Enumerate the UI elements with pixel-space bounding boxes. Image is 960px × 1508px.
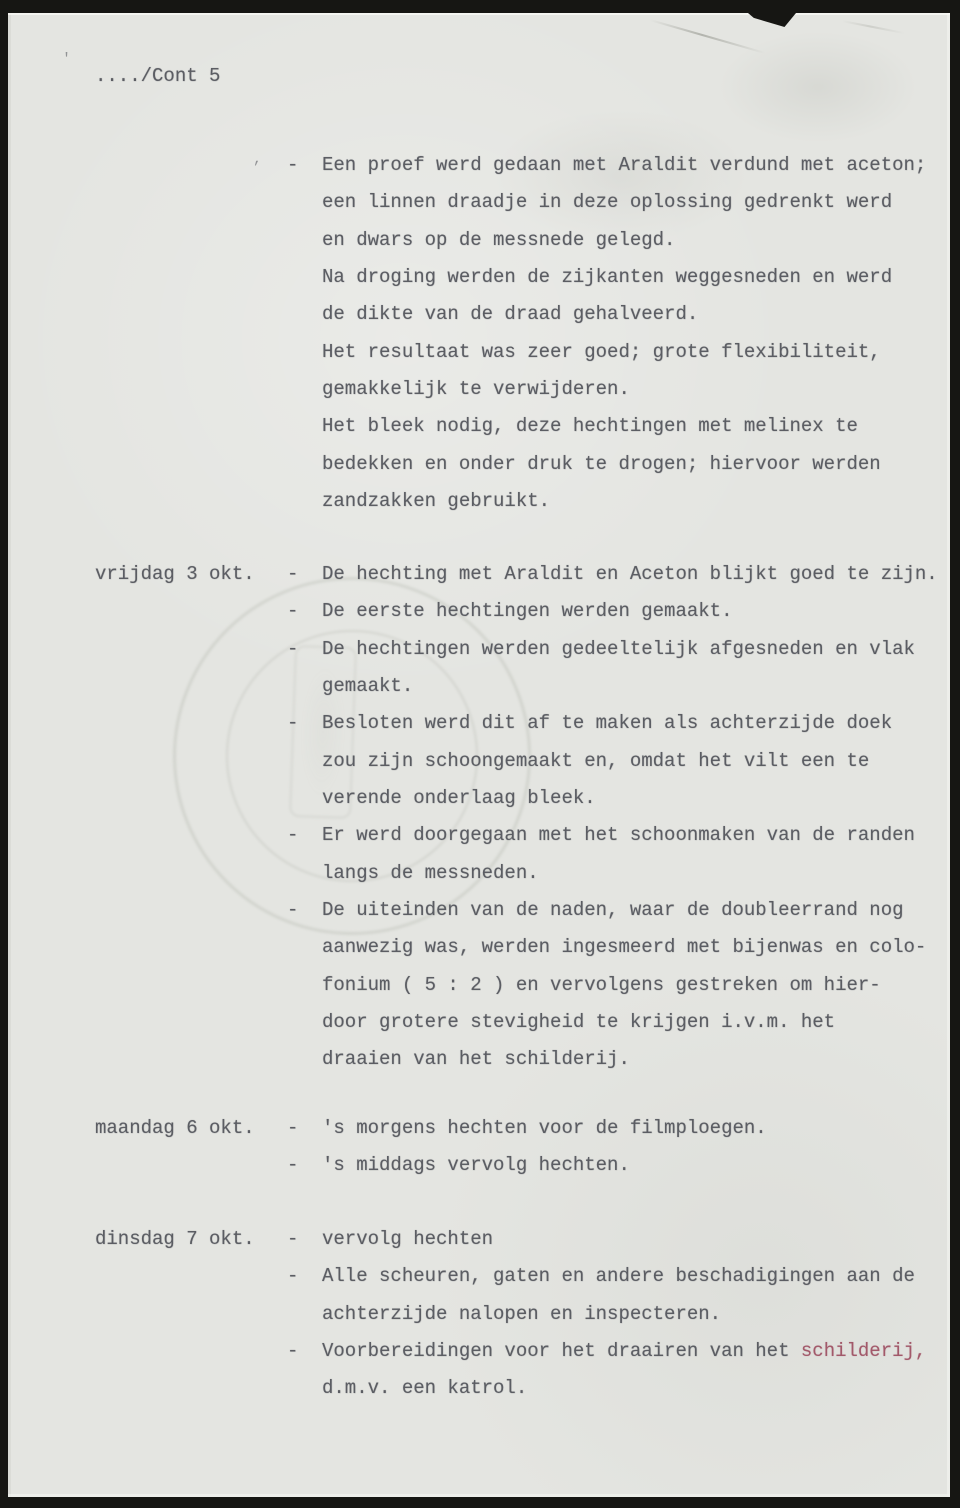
bullet-dash: - bbox=[287, 631, 322, 706]
ink-text: De uiteinden van de naden, waar de doubl… bbox=[322, 899, 904, 921]
text-line: door grotere stevigheid te krijgen i.v.m… bbox=[322, 1004, 940, 1041]
text-line: Alle scheuren, gaten en andere beschadig… bbox=[322, 1258, 940, 1295]
red-ink-text: schilderij, bbox=[801, 1340, 926, 1362]
bullet-dash: - bbox=[287, 1258, 322, 1333]
ink-text: en dwars op de messnede gelegd. bbox=[322, 229, 675, 251]
log-item: -Voorbereidingen voor het draairen van h… bbox=[287, 1333, 940, 1408]
entry-items: -Een proef werd gedaan met Araldit verdu… bbox=[287, 147, 940, 520]
item-lines: De eerste hechtingen werden gemaakt. bbox=[322, 593, 940, 630]
ink-text: langs de messneden. bbox=[322, 862, 539, 884]
log-item: -Een proef werd gedaan met Araldit verdu… bbox=[287, 147, 940, 259]
ink-text: vervolg hechten bbox=[322, 1228, 493, 1250]
text-line: draaien van het schilderij. bbox=[322, 1041, 940, 1078]
ink-text: gemaakt. bbox=[322, 675, 413, 697]
log-item: Na droging werden de zijkanten weggesned… bbox=[287, 259, 940, 334]
ink-text: Alle scheuren, gaten en andere beschadig… bbox=[322, 1265, 915, 1287]
entry-date bbox=[95, 147, 287, 520]
text-line: Besloten werd dit af te maken als achter… bbox=[322, 705, 940, 742]
ink-text: De hechting met Araldit en Aceton blijkt… bbox=[322, 563, 938, 585]
ink-text: Een proef werd gedaan met Araldit verdun… bbox=[322, 154, 926, 176]
text-line: 's middags vervolg hechten. bbox=[322, 1147, 940, 1184]
text-line: langs de messneden. bbox=[322, 855, 940, 892]
text-line: Het bleek nodig, deze hechtingen met mel… bbox=[322, 408, 940, 445]
bullet-dash: - bbox=[287, 1333, 322, 1408]
entry-items: -'s morgens hechten voor de filmploegen.… bbox=[287, 1110, 940, 1185]
ink-text: d.m.v. een katrol. bbox=[322, 1377, 527, 1399]
entry-items: -De hechting met Araldit en Aceton blijk… bbox=[287, 556, 940, 1079]
log-item: -Alle scheuren, gaten en andere beschadi… bbox=[287, 1258, 940, 1333]
text-line: en dwars op de messnede gelegd. bbox=[322, 222, 940, 259]
ink-text: De eerste hechtingen werden gemaakt. bbox=[322, 600, 732, 622]
entry-date: vrijdag 3 okt. bbox=[95, 556, 287, 1079]
log-entry: vrijdag 3 okt.-De hechting met Araldit e… bbox=[95, 556, 940, 1079]
ink-text: Het resultaat was zeer goed; grote flexi… bbox=[322, 341, 881, 363]
bullet-dash: - bbox=[287, 1110, 322, 1147]
ink-text: achterzijde nalopen en inspecteren. bbox=[322, 1303, 721, 1325]
text-line: verende onderlaag bleek. bbox=[322, 780, 940, 817]
bullet-dash: - bbox=[287, 705, 322, 817]
log-item: Het resultaat was zeer goed; grote flexi… bbox=[287, 334, 940, 409]
text-line: De hechting met Araldit en Aceton blijkt… bbox=[322, 556, 940, 593]
ink-text: Voorbereidingen voor het draairen van he… bbox=[322, 1340, 801, 1362]
ink-text: Er werd doorgegaan met het schoonmaken v… bbox=[322, 824, 915, 846]
log-item: -'s morgens hechten voor de filmploegen. bbox=[287, 1110, 940, 1147]
log-entry: maandag 6 okt.-'s morgens hechten voor d… bbox=[95, 1110, 940, 1185]
item-lines: 's morgens hechten voor de filmploegen. bbox=[322, 1110, 940, 1147]
text-line: bedekken en onder druk te drogen; hiervo… bbox=[322, 446, 940, 483]
text-line: de dikte van de draad gehalveerd. bbox=[322, 296, 940, 333]
text-line: Voorbereidingen voor het draairen van he… bbox=[322, 1333, 940, 1370]
item-lines: Besloten werd dit af te maken als achter… bbox=[322, 705, 940, 817]
item-lines: vervolg hechten bbox=[322, 1221, 940, 1258]
ink-text: de dikte van de draad gehalveerd. bbox=[322, 303, 698, 325]
bullet-dash: - bbox=[287, 1147, 322, 1184]
log-item: -De hechting met Araldit en Aceton blijk… bbox=[287, 556, 940, 593]
text-line: d.m.v. een katrol. bbox=[322, 1370, 940, 1407]
ink-text: bedekken en onder druk te drogen; hiervo… bbox=[322, 453, 881, 475]
text-line: Het resultaat was zeer goed; grote flexi… bbox=[322, 334, 940, 371]
text-line: een linnen draadje in deze oplossing ged… bbox=[322, 184, 940, 221]
log-item: -Er werd doorgegaan met het schoonmaken … bbox=[287, 817, 940, 892]
log-item: -De uiteinden van de naden, waar de doub… bbox=[287, 892, 940, 1079]
text-line: gemakkelijk te verwijderen. bbox=[322, 371, 940, 408]
text-line: gemaakt. bbox=[322, 668, 940, 705]
bullet-dash bbox=[287, 334, 322, 409]
ink-text: zou zijn schoongemaakt en, omdat het vil… bbox=[322, 750, 869, 772]
scan-background: { "palette": { "paper": "#e4e5e1", "scan… bbox=[0, 0, 960, 1508]
item-lines: Alle scheuren, gaten en andere beschadig… bbox=[322, 1258, 940, 1333]
ink-text: fonium ( 5 : 2 ) en vervolgens gestreken… bbox=[322, 974, 881, 996]
text-line: Een proef werd gedaan met Araldit verdun… bbox=[322, 147, 940, 184]
bullet-dash: - bbox=[287, 892, 322, 1079]
log-item: -Besloten werd dit af te maken als achte… bbox=[287, 705, 940, 817]
entry-date: maandag 6 okt. bbox=[95, 1110, 287, 1185]
ink-speck: ' bbox=[62, 52, 71, 67]
ink-text: door grotere stevigheid te krijgen i.v.m… bbox=[322, 1011, 835, 1033]
ink-text: 's morgens hechten voor de filmploegen. bbox=[322, 1117, 767, 1139]
ink-text: gemakkelijk te verwijderen. bbox=[322, 378, 630, 400]
bullet-dash: - bbox=[287, 556, 322, 593]
ink-text: Het bleek nodig, deze hechtingen met mel… bbox=[322, 415, 858, 437]
item-lines: Het resultaat was zeer goed; grote flexi… bbox=[322, 334, 940, 409]
ink-speck: , bbox=[253, 152, 262, 167]
ink-text: verende onderlaag bleek. bbox=[322, 787, 596, 809]
ink-text: Besloten werd dit af te maken als achter… bbox=[322, 712, 892, 734]
item-lines: Er werd doorgegaan met het schoonmaken v… bbox=[322, 817, 940, 892]
log-item: -vervolg hechten bbox=[287, 1221, 940, 1258]
ink-text: een linnen draadje in deze oplossing ged… bbox=[322, 191, 892, 213]
bullet-dash: - bbox=[287, 817, 322, 892]
text-line: De eerste hechtingen werden gemaakt. bbox=[322, 593, 940, 630]
ink-text: zandzakken gebruikt. bbox=[322, 490, 550, 512]
log-entries: -Een proef werd gedaan met Araldit verdu… bbox=[0, 0, 960, 1508]
log-item: Het bleek nodig, deze hechtingen met mel… bbox=[287, 408, 940, 520]
log-item: -De hechtingen werden gedeeltelijk afges… bbox=[287, 631, 940, 706]
log-item: -De eerste hechtingen werden gemaakt. bbox=[287, 593, 940, 630]
entry-items: -vervolg hechten-Alle scheuren, gaten en… bbox=[287, 1221, 940, 1408]
item-lines: 's middags vervolg hechten. bbox=[322, 1147, 940, 1184]
text-line: Er werd doorgegaan met het schoonmaken v… bbox=[322, 817, 940, 854]
bullet-dash bbox=[287, 408, 322, 520]
text-line: 's morgens hechten voor de filmploegen. bbox=[322, 1110, 940, 1147]
text-line: vervolg hechten bbox=[322, 1221, 940, 1258]
item-lines: Het bleek nodig, deze hechtingen met mel… bbox=[322, 408, 940, 520]
text-line: zou zijn schoongemaakt en, omdat het vil… bbox=[322, 743, 940, 780]
item-lines: Na droging werden de zijkanten weggesned… bbox=[322, 259, 940, 334]
item-lines: De hechtingen werden gedeeltelijk afgesn… bbox=[322, 631, 940, 706]
ink-text: draaien van het schilderij. bbox=[322, 1048, 630, 1070]
bullet-dash: - bbox=[287, 593, 322, 630]
ink-text: aanwezig was, werden ingesmeerd met bije… bbox=[322, 936, 926, 958]
text-line: aanwezig was, werden ingesmeerd met bije… bbox=[322, 929, 940, 966]
bullet-dash: - bbox=[287, 1221, 322, 1258]
item-lines: De hechting met Araldit en Aceton blijkt… bbox=[322, 556, 940, 593]
item-lines: Voorbereidingen voor het draairen van he… bbox=[322, 1333, 940, 1408]
bullet-dash bbox=[287, 259, 322, 334]
text-line: zandzakken gebruikt. bbox=[322, 483, 940, 520]
text-line: De uiteinden van de naden, waar de doubl… bbox=[322, 892, 940, 929]
ink-text: De hechtingen werden gedeeltelijk afgesn… bbox=[322, 638, 915, 660]
item-lines: Een proef werd gedaan met Araldit verdun… bbox=[322, 147, 940, 259]
text-line: achterzijde nalopen en inspecteren. bbox=[322, 1296, 940, 1333]
text-line: fonium ( 5 : 2 ) en vervolgens gestreken… bbox=[322, 967, 940, 1004]
entry-date: dinsdag 7 okt. bbox=[95, 1221, 287, 1408]
text-line: Na droging werden de zijkanten weggesned… bbox=[322, 259, 940, 296]
text-line: De hechtingen werden gedeeltelijk afgesn… bbox=[322, 631, 940, 668]
log-entry: dinsdag 7 okt.-vervolg hechten-Alle sche… bbox=[95, 1221, 940, 1408]
log-entry: -Een proef werd gedaan met Araldit verdu… bbox=[95, 147, 940, 520]
log-item: -'s middags vervolg hechten. bbox=[287, 1147, 940, 1184]
ink-text: Na droging werden de zijkanten weggesned… bbox=[322, 266, 892, 288]
bullet-dash: - bbox=[287, 147, 322, 259]
ink-text: 's middags vervolg hechten. bbox=[322, 1154, 630, 1176]
item-lines: De uiteinden van de naden, waar de doubl… bbox=[322, 892, 940, 1079]
